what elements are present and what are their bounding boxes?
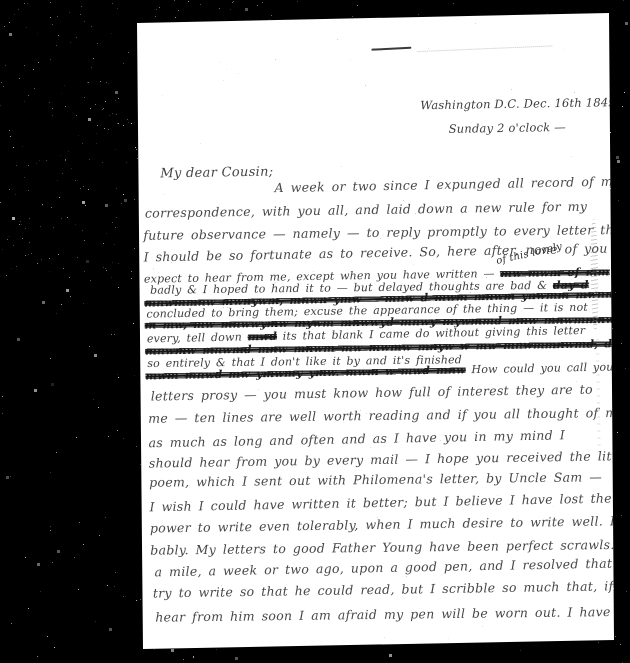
right-margin-dots [596, 339, 601, 459]
manuscript-line: A week or two since I expunged all recor… [274, 174, 614, 196]
scanned-letter-page: { "colors": { "background": "#000000", "… [0, 0, 630, 663]
manuscript-line: future observance — namely — to reply pr… [143, 222, 614, 243]
struck-text-segment: mwd [248, 330, 278, 344]
manuscript-line: me — ten lines are well worth reading an… [148, 405, 614, 426]
manuscript-line: power to write even tolerably, when I mu… [150, 513, 614, 536]
manuscript-text-segment: How could you call your [466, 360, 614, 376]
manuscript-line: as much as long and often and as I have … [148, 427, 565, 450]
manuscript-text-segment: should hear from you by every mail — I h… [149, 448, 614, 471]
scan-background: Washington D.C. Dec. 16th 1849. Sunday 2… [0, 0, 630, 663]
manuscript-line: should hear from you by every mail — I h… [149, 448, 614, 471]
manuscript-text-segment: A week or two since I expunged all recor… [274, 174, 614, 196]
letter-content: Washington D.C. Dec. 16th 1849. Sunday 2… [137, 13, 614, 649]
manuscript-text-segment: correspondence, with you all, and laid d… [145, 199, 588, 221]
stray-dotted-mark [417, 45, 552, 52]
manuscript-text-segment: me — ten lines are well worth reading an… [148, 405, 614, 426]
manuscript-line: bably. My letters to good Father Young h… [150, 536, 614, 557]
manuscript-line: hear from him soon I am afraid my pen wi… [155, 604, 614, 625]
manuscript-text-segment: power to write even tolerably, when I mu… [150, 513, 614, 536]
paper-specks [137, 13, 138, 14]
manuscript-text-segment: future observance — namely — to reply pr… [143, 222, 614, 243]
manuscript-text-segment: hear from him soon I am afraid my pen wi… [155, 604, 614, 625]
scanner-noise-speckles [0, 0, 1, 1]
manuscript-line: correspondence, with you all, and laid d… [145, 199, 588, 221]
manuscript-text-segment: letters prosy — you must know how full o… [151, 382, 593, 404]
manuscript-text-segment: poem, which I sent out with Philomena's … [149, 469, 602, 490]
manuscript-line: poem, which I sent out with Philomena's … [149, 469, 602, 490]
manuscript-text-segment: a mile, a week or two ago, upon a good p… [154, 554, 614, 579]
manuscript-text-segment: I wish I could have written it better; b… [149, 491, 612, 515]
manuscript-text-segment: try to write so that he could read, but … [153, 577, 614, 600]
manuscript-text-segment: as much as long and often and as I have … [148, 427, 565, 450]
manuscript-line: a mile, a week or two ago, upon a good p… [154, 554, 614, 579]
stray-dash-mark [371, 47, 411, 51]
letter-place-date: Washington D.C. Dec. 16th 1849. [420, 95, 614, 112]
manuscript-line: I wish I could have written it better; b… [149, 491, 612, 515]
letter-salutation: My dear Cousin; [160, 165, 273, 182]
letter-paper: Washington D.C. Dec. 16th 1849. Sunday 2… [137, 13, 614, 649]
letter-body: A week or two since I expunged all recor… [137, 13, 609, 17]
manuscript-text-segment: bably. My letters to good Father Young h… [150, 536, 614, 557]
manuscript-line: letters prosy — you must know how full o… [151, 382, 593, 404]
manuscript-line: try to write so that he could read, but … [153, 577, 614, 600]
letter-time: Sunday 2 o'clock — [449, 120, 567, 136]
